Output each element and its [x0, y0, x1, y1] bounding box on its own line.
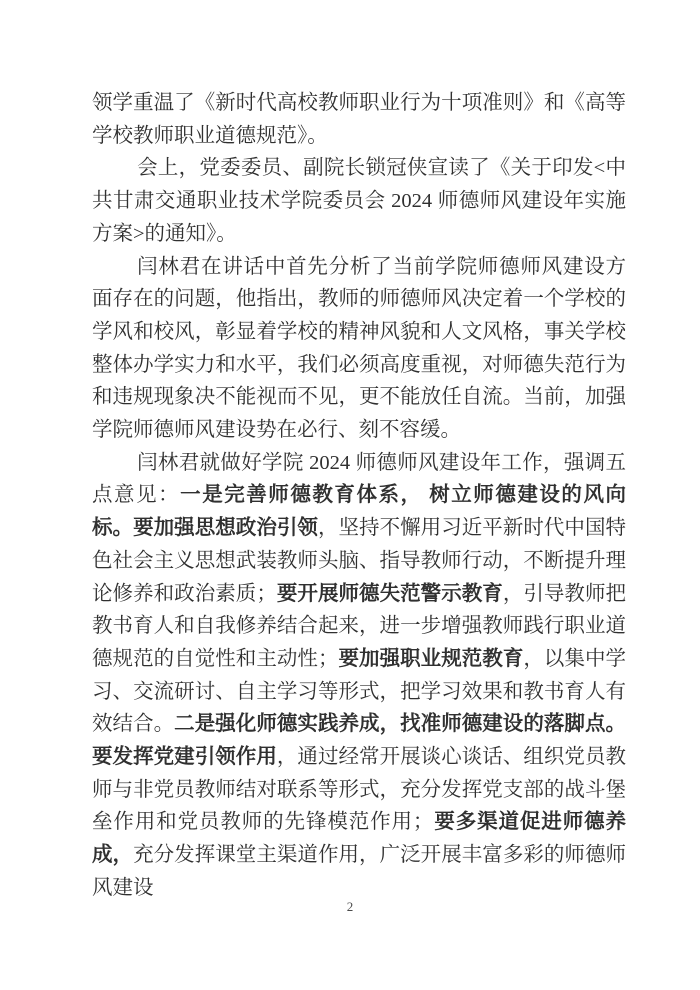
text-run: 领学重温了《新时代高校教师职业行为十项准则》和《高等学校教师职业道德规范》。: [92, 92, 626, 147]
paragraph: 会上，党委委员、副院长锁冠侠宣读了《关于印发<中共甘肃交通职业技术学院委员会 2…: [92, 152, 626, 250]
bold-text-run: 要开展师德失范警示教育: [277, 583, 503, 605]
text-run: 闫林君在讲话中首先分析了当前学院师德师风建设方面存在的问题，他指出，教师的师德师…: [92, 256, 626, 442]
paragraph: 闫林君在讲话中首先分析了当前学院师德师风建设方面存在的问题，他指出，教师的师德师…: [92, 251, 626, 447]
text-run: 会上，党委委员、副院长锁冠侠宣读了《关于印发<中共甘肃交通职业技术学院委员会 2…: [92, 157, 626, 244]
bold-text-run: 要加强职业规范教育: [338, 648, 523, 670]
text-run: 充分发挥课堂主渠道作用，广泛开展丰富多彩的师德师风建设: [92, 844, 626, 899]
page-number: 2: [0, 899, 700, 915]
paragraph: 闫林君就做好学院 2024 师德师风建设年工作，强调五点意见：一是完善师德教育体…: [92, 447, 626, 905]
document-body: 领学重温了《新时代高校教师职业行为十项准则》和《高等学校教师职业道德规范》。会上…: [92, 87, 626, 905]
document-page: 领学重温了《新时代高校教师职业行为十项准则》和《高等学校教师职业道德规范》。会上…: [0, 0, 700, 990]
paragraph: 领学重温了《新时代高校教师职业行为十项准则》和《高等学校教师职业道德规范》。: [92, 87, 626, 152]
